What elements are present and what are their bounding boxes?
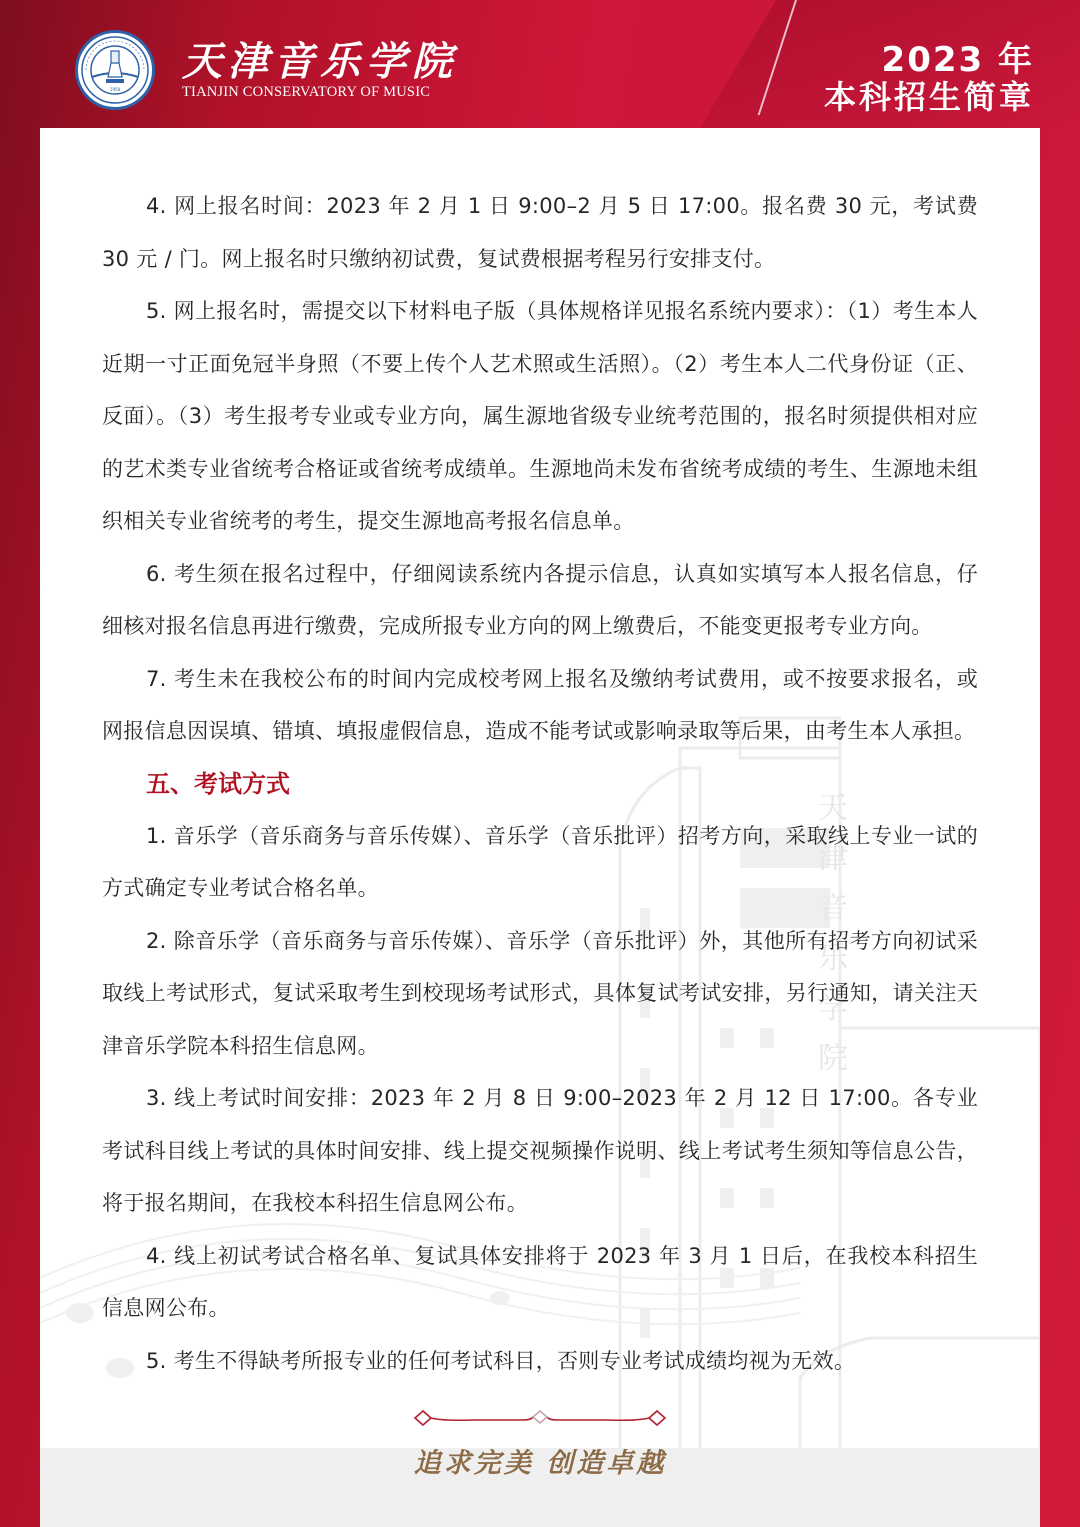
registration-item-5: 5. 网上报名时，需提交以下材料电子版（具体规格详见报名系统内要求）：（1）考生…	[102, 285, 978, 548]
ornamental-divider-icon	[413, 1408, 667, 1428]
school-name-chinese: 天津音乐学院	[182, 30, 458, 87]
registration-item-7: 7. 考生未在我校公布的时间内完成校考网上报名及缴纳考试费用，或不按要求报名，或…	[102, 653, 978, 758]
content-panel: 天津音 乐学院 4. 网上报名时间：2023 年 2 月 1 日 9:00–2 …	[40, 128, 1040, 1527]
exam-item-2: 2. 除音乐学（音乐商务与音乐传媒）、音乐学（音乐批评）外，其他所有招考方向初试…	[102, 915, 978, 1073]
section-title-exam-method: 五、考试方式	[102, 758, 978, 810]
exam-item-4: 4. 线上初试考试合格名单、复试具体安排将于 2023 年 3 月 1 日后，在…	[102, 1230, 978, 1335]
page-header: 1958 天津音乐学院 TIANJIN CONSERVATORY OF MUSI…	[0, 0, 1080, 128]
school-name-english: TIANJIN CONSERVATORY OF MUSIC	[182, 84, 430, 101]
exam-item-3: 3. 线上考试时间安排：2023 年 2 月 8 日 9:00–2023 年 2…	[102, 1072, 978, 1230]
content-body: 4. 网上报名时间：2023 年 2 月 1 日 9:00–2 月 5 日 17…	[102, 180, 978, 1387]
svg-text:1958: 1958	[110, 87, 121, 92]
registration-item-6: 6. 考生须在报名过程中，仔细阅读系统内各提示信息，认真如实填写本人报名信息，仔…	[102, 548, 978, 653]
brochure-title: 本科招生简章	[824, 72, 1034, 118]
exam-item-1: 1. 音乐学（音乐商务与音乐传媒）、音乐学（音乐批评）招考方向，采取线上专业一试…	[102, 810, 978, 915]
registration-item-4: 4. 网上报名时间：2023 年 2 月 1 日 9:00–2 月 5 日 17…	[102, 180, 978, 285]
school-motto: 追求完美 创造卓越	[40, 1441, 1040, 1480]
exam-item-5: 5. 考生不得缺考所报专业的任何考试科目，否则专业考试成绩均视为无效。	[102, 1335, 978, 1388]
school-emblem-icon: 1958	[75, 30, 155, 110]
